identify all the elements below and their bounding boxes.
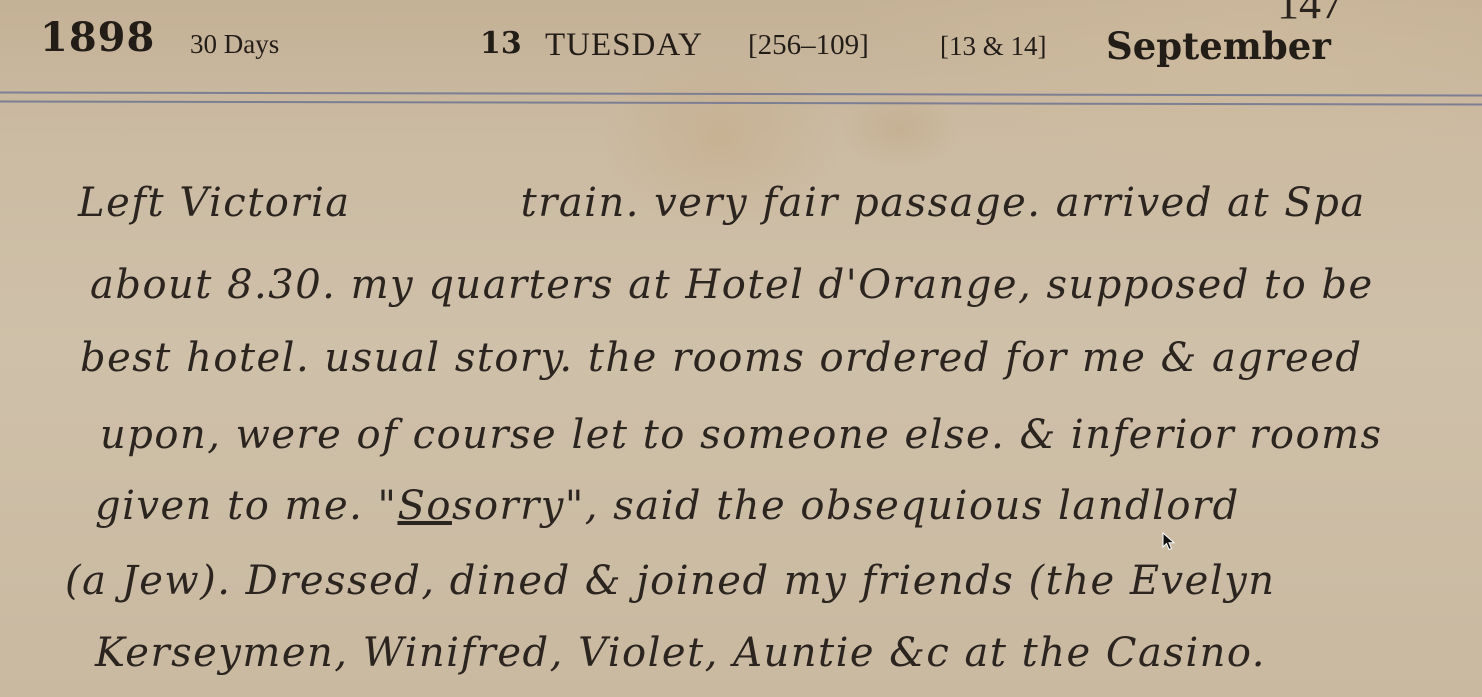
header-day-number: 13 [480, 26, 522, 61]
header-week-numbers: [13 & 14] [940, 31, 1046, 62]
diary-page: 1898 30 Days 13 TUESDAY [256–109] [13 & … [0, 0, 1482, 697]
header-day-counter: [256–109] [748, 29, 869, 62]
entry-line-5: given to me. "So sorry", said the obsequ… [95, 483, 1240, 529]
entry-line-6: (a Jew). Dressed, dined & joined my frie… [65, 558, 1275, 604]
mouse-pointer-icon [1162, 532, 1176, 552]
entry-line-1-end: train. very fair passage. arrived at Spa [521, 180, 1366, 226]
entry-line-1-start: Left Victoria [78, 180, 351, 226]
page-number: 147 [1277, 0, 1343, 29]
header-month: September [1106, 24, 1331, 68]
entry-line-1: Left Victoriatrain. very fair passage. a… [78, 180, 1366, 226]
entry-line-3: best hotel. usual story. the rooms order… [80, 335, 1363, 381]
entry-line-7: Kerseymen, Winifred, Violet, Auntie &c a… [95, 630, 1266, 676]
entry-line-4: upon, were of course let to someone else… [100, 412, 1383, 458]
page-header: 1898 30 Days 13 TUESDAY [256–109] [13 & … [0, 0, 1482, 95]
header-year: 1898 [40, 14, 155, 61]
entry-line-2: about 8.30. my quarters at Hotel d'Orang… [90, 262, 1374, 308]
entry-line-5-underlined: So [397, 483, 451, 529]
entry-line-5-start: given to me. " [95, 483, 397, 529]
header-rule-bottom [0, 100, 1482, 105]
entry-line-5-end: sorry", said the obsequious landlord [452, 483, 1240, 529]
header-weekday: TUESDAY [545, 27, 703, 64]
header-month-days: 30 Days [190, 29, 279, 60]
